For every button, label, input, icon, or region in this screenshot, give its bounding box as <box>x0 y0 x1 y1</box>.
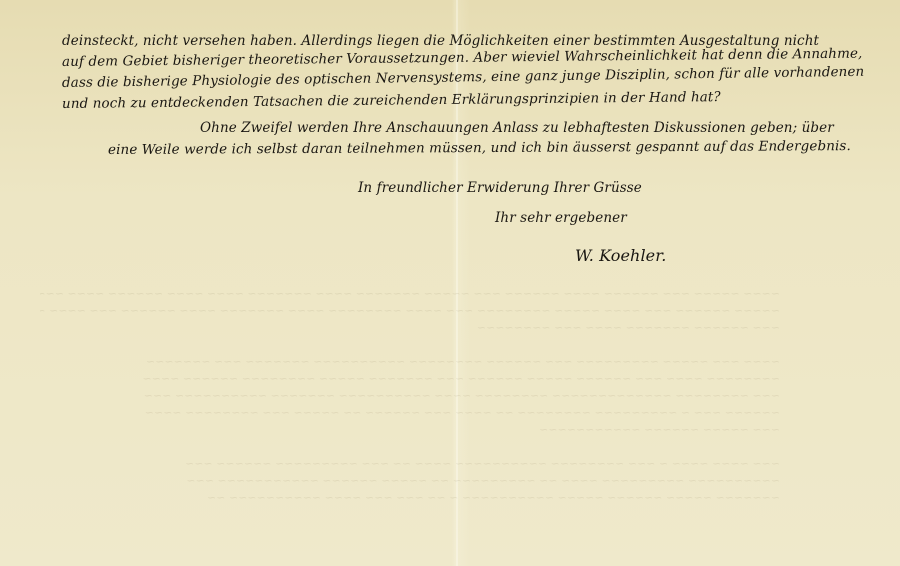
signature: W. Koehler. <box>575 246 666 265</box>
regards-line: Ihr sehr ergebener <box>495 210 627 226</box>
letter-line: Ohne Zweifel werden Ihre Anschauungen An… <box>200 120 834 136</box>
closing-line: In freundlicher Erwiderung Ihrer Grüsse <box>358 180 642 196</box>
bleed-through-text: ~~~~ ~~~~~ ~~~ ~~~~~~ ~~~~ ~~~~~~ ~~~ ~~… <box>40 285 780 506</box>
